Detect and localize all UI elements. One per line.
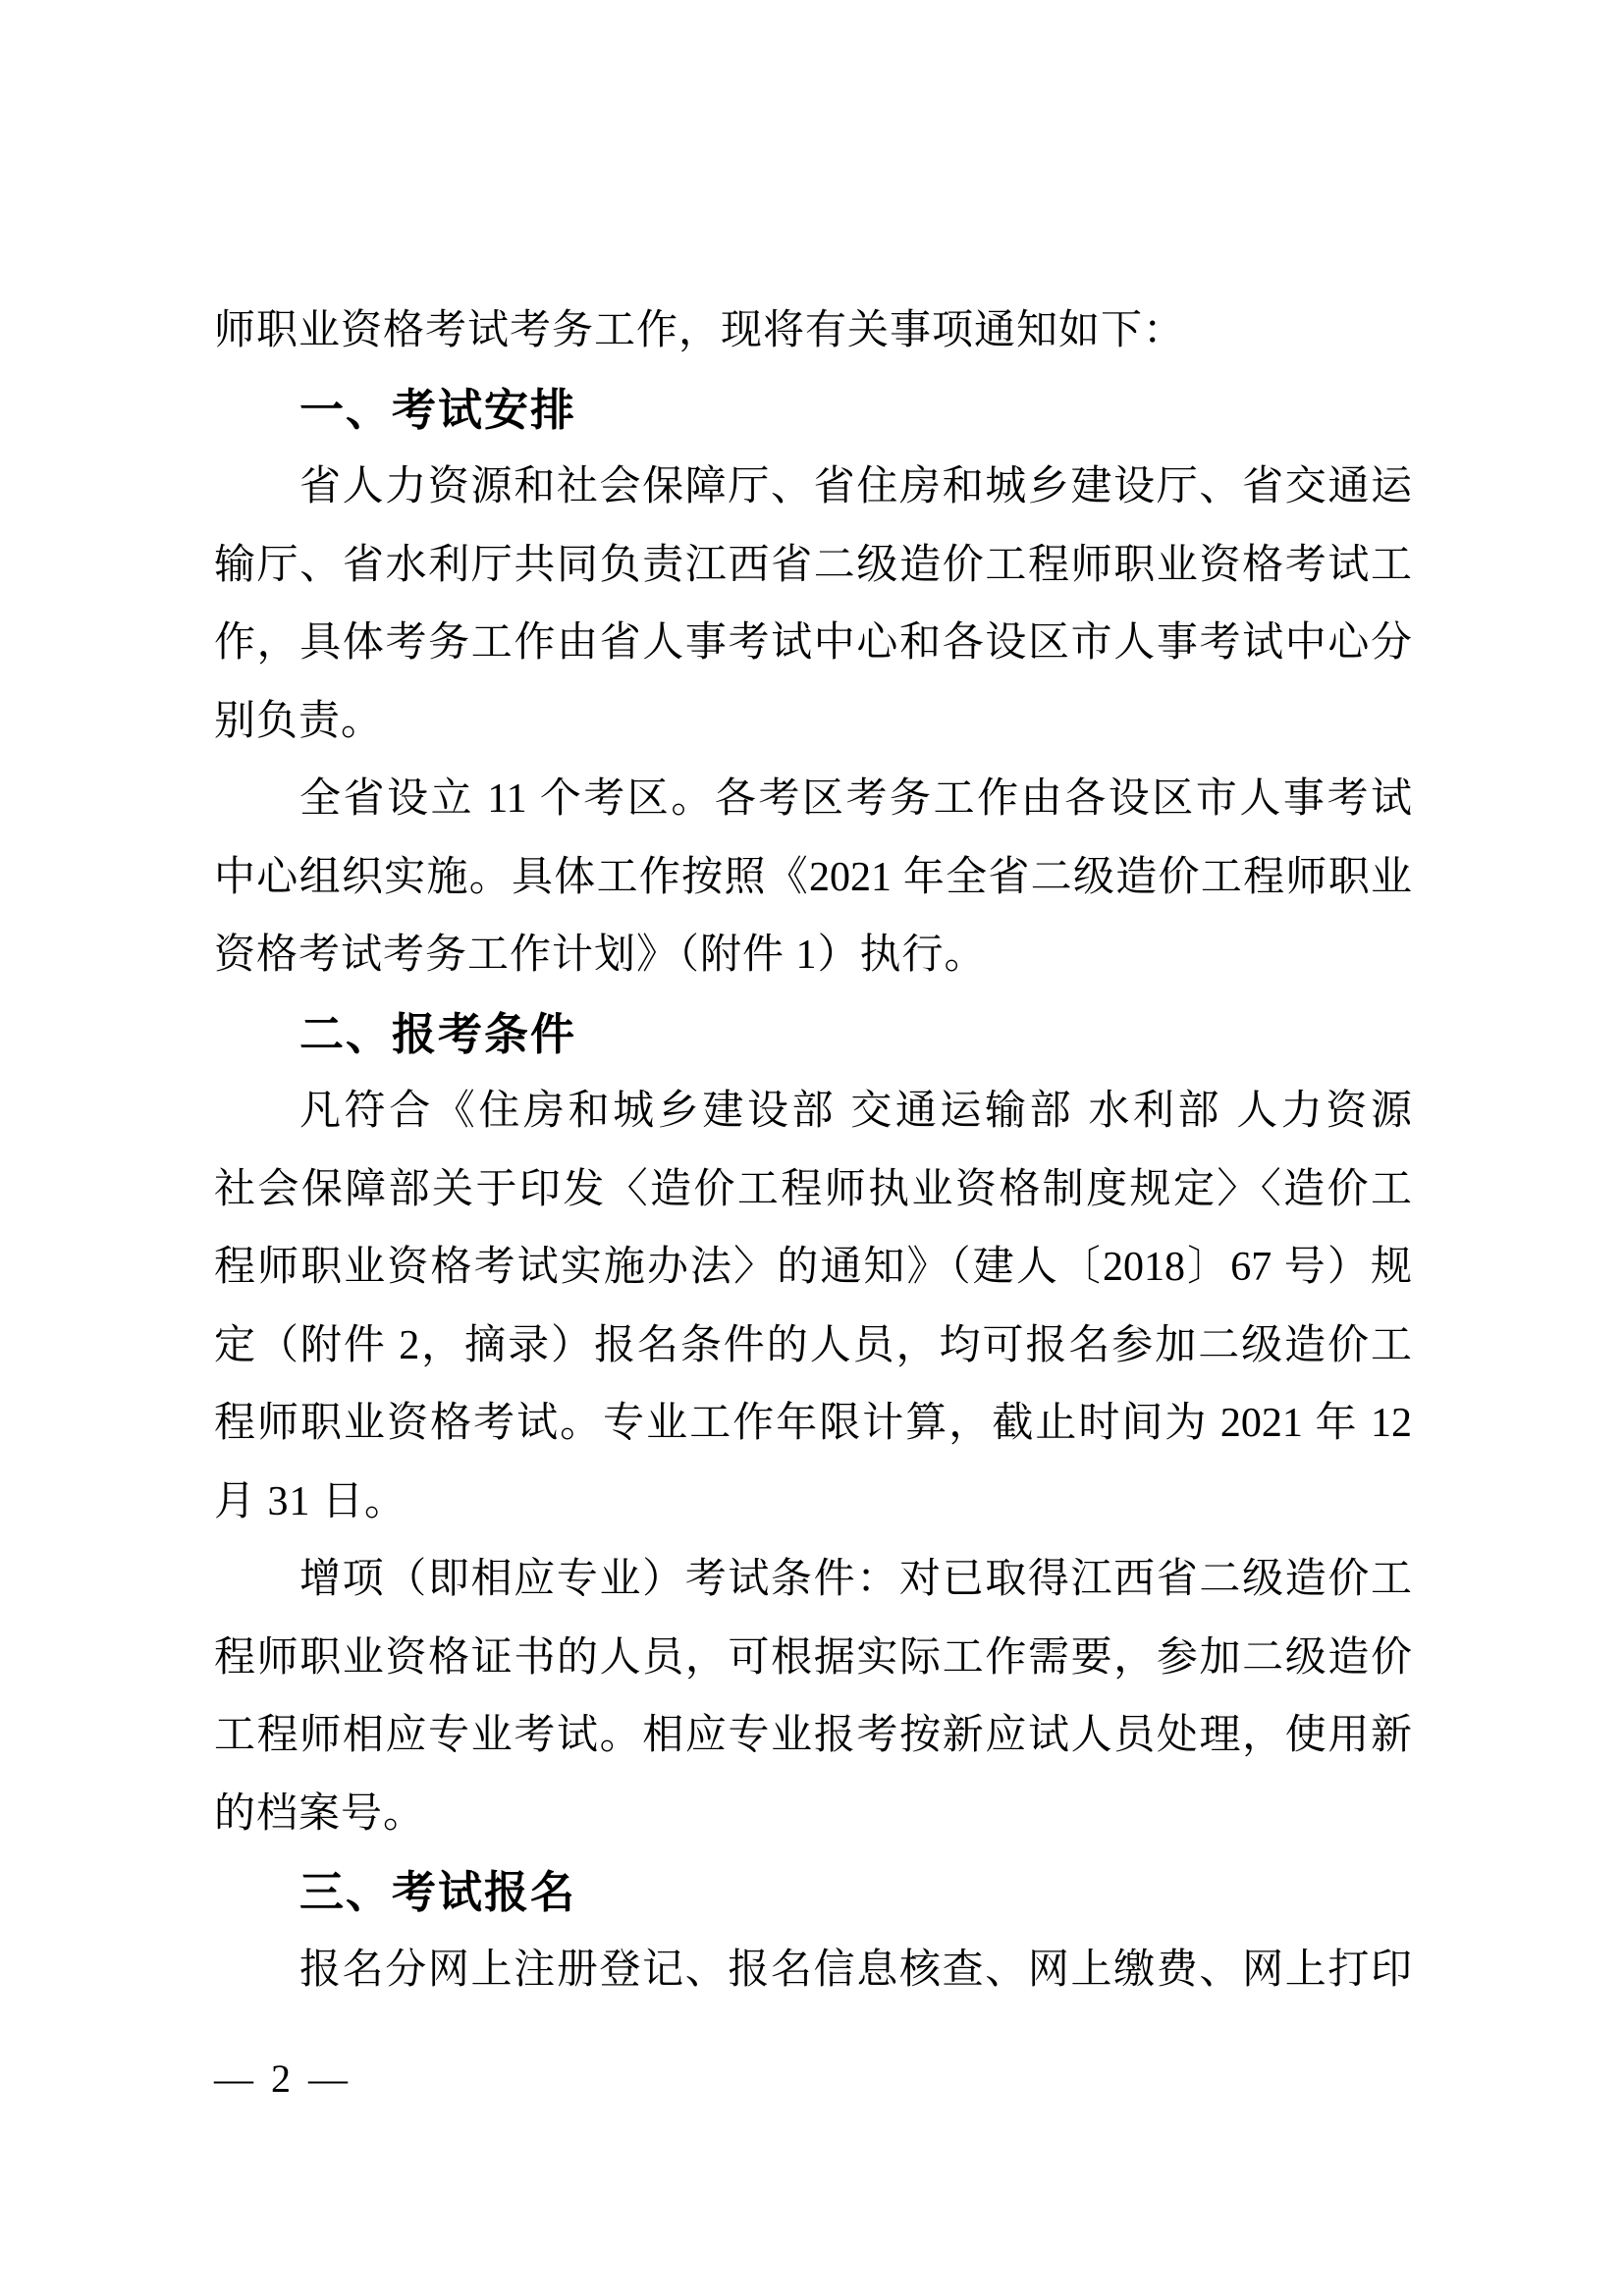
text-line: 月 31 日。 [214,1464,1412,1542]
text-line: 全省设立 11 个考区。各考区考务工作由各设区市人事考试 [214,761,1412,839]
text-line: 输厅、省水利厅共同负责江西省二级造价工程师职业资格考试工 [214,527,1412,606]
text-line: 省人力资源和社会保障厅、省住房和城乡建设厅、省交通运 [214,449,1412,527]
text-line: 报名分网上注册登记、报名信息核查、网上缴费、网上打印 [214,1932,1412,2010]
document-body: 师职业资格考试考务工作，现将有关事项通知如下： 一、考试安排 省人力资源和社会保… [214,293,1412,2009]
section-heading-1: 一、考试安排 [214,371,1412,450]
text-line: 工程师相应专业考试。相应专业报考按新应试人员处理，使用新 [214,1697,1412,1776]
page-number-label: — 2 — [214,2056,352,2101]
text-line: 中心组织实施。具体工作按照《2021 年全省二级造价工程师职业 [214,839,1412,918]
text-line: 别负责。 [214,683,1412,762]
page-footer: — 2 — [214,2056,352,2103]
text-line: 增项（即相应专业）考试条件：对已取得江西省二级造价工 [214,1541,1412,1620]
text-line: 程师职业资格证书的人员，可根据实际工作需要，参加二级造价 [214,1620,1412,1698]
text-line: 凡符合《住房和城乡建设部 交通运输部 水利部 人力资源 [214,1073,1412,1151]
text-line-continuation: 师职业资格考试考务工作，现将有关事项通知如下： [214,293,1412,371]
text-line: 程师职业资格考试。专业工作年限计算，截止时间为 2021 年 12 [214,1385,1412,1464]
text-line: 社会保障部关于印发〈造价工程师执业资格制度规定〉〈造价工 [214,1151,1412,1230]
section-heading-2: 二、报考条件 [214,995,1412,1074]
text-line: 作，具体考务工作由省人事考试中心和各设区市人事考试中心分 [214,605,1412,683]
text-line: 的档案号。 [214,1776,1412,1854]
text-line: 程师职业资格考试实施办法〉的通知》（建人〔2018〕67 号）规 [214,1229,1412,1308]
section-heading-3: 三、考试报名 [214,1853,1412,1932]
text-line: 定（附件 2，摘录）报名条件的人员，均可报名参加二级造价工 [214,1308,1412,1386]
document-page: 师职业资格考试考务工作，现将有关事项通知如下： 一、考试安排 省人力资源和社会保… [0,0,1624,2296]
text-line: 资格考试考务工作计划》（附件 1）执行。 [214,917,1412,995]
